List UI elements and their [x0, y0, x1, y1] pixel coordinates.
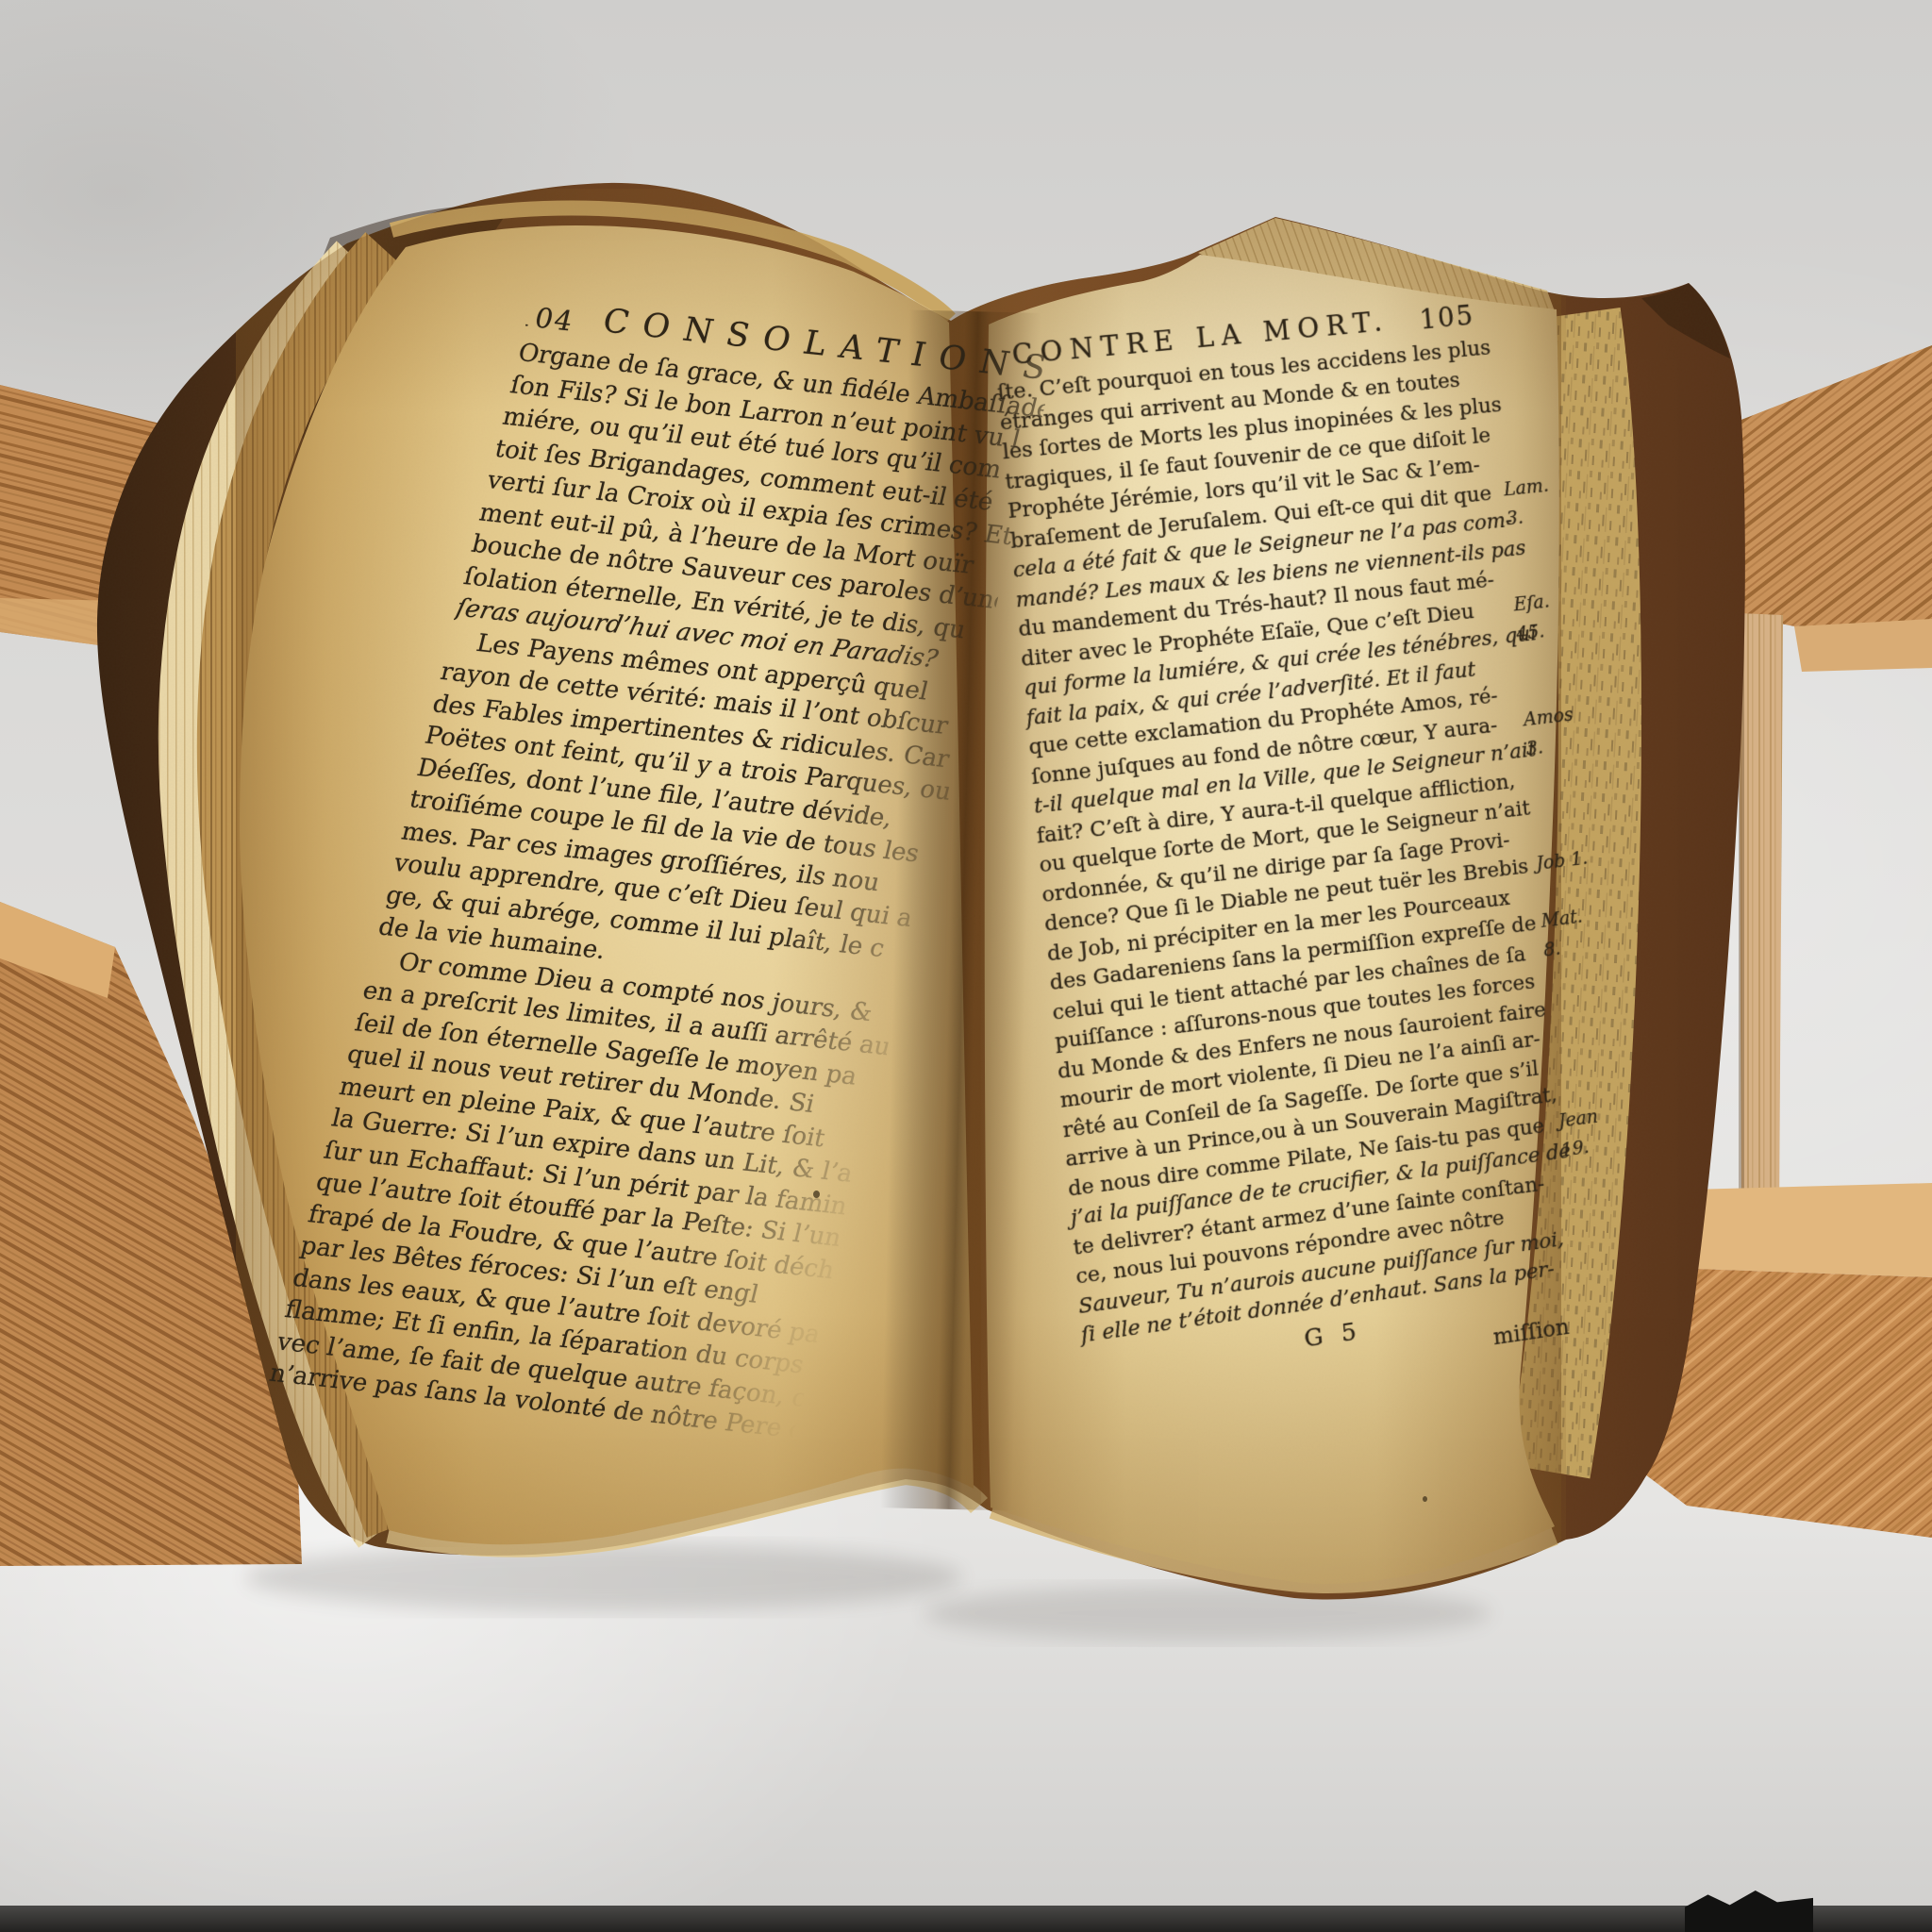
margin-note: 19. — [1560, 1136, 1591, 1161]
margin-note: 3. — [1525, 736, 1544, 759]
margin-note: Eſa. — [1513, 590, 1551, 615]
book-shadow — [245, 1543, 962, 1611]
book-shadow — [924, 1585, 1491, 1641]
page-right-lines: Lam. 3. Eſa. 45. Amos 3. Job 1. Mat. 8. … — [996, 334, 1571, 1351]
photo-scene: 104 CONSOLATIONS Gal.1. Luc 23 Organe de… — [0, 0, 1932, 1932]
catchword: miſſion — [1492, 1313, 1571, 1350]
scene-graphics — [0, 0, 1932, 1932]
signature-mark: G 5 — [1303, 1317, 1362, 1353]
page-number: 105 — [1418, 296, 1475, 338]
page-right-text: CONTRE LA MORT. 105 Lam. 3. Eſa. 45. Amo… — [992, 293, 1576, 1416]
paper-speck — [813, 1191, 820, 1198]
floor-strip — [0, 1906, 1932, 1932]
paper-speck — [1423, 1496, 1427, 1502]
margin-note: 8. — [1542, 937, 1561, 960]
margin-note: 3. — [1506, 506, 1524, 529]
margin-note: 45. — [1515, 620, 1545, 644]
wood-post-right — [1739, 613, 1783, 1219]
margin-note: Lam. — [1503, 474, 1549, 500]
